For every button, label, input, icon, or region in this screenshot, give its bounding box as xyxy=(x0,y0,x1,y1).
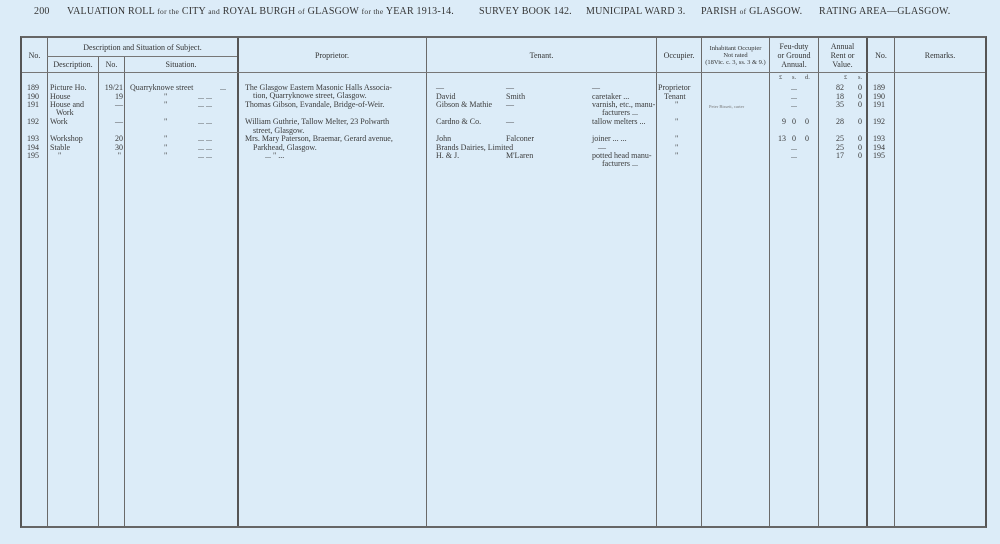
rating-area: RATING AREA—GLASGOW. xyxy=(819,6,950,17)
divider xyxy=(426,38,427,526)
col-header-description: Description. xyxy=(48,57,98,72)
survey-book: SURVEY BOOK 142. xyxy=(479,6,572,17)
col-header-remarks: Remarks. xyxy=(895,38,985,72)
col-header-inhabitant: Inhabitant Occupier Not rated (18Vic. c.… xyxy=(702,38,769,72)
municipal-ward: MUNICIPAL WARD 3. xyxy=(586,6,685,17)
col-header-sub-no: No. xyxy=(99,57,124,72)
col-header-no: No. xyxy=(22,38,47,72)
valuation-table: No. Description and Situation of Subject… xyxy=(20,36,987,528)
divider xyxy=(98,57,99,526)
parish: PARISH of GLASGOW. xyxy=(701,6,802,17)
unit-pound: £ xyxy=(779,74,782,81)
unit-shilling: s. xyxy=(858,74,862,81)
divider xyxy=(894,38,895,526)
col-header-situation: Situation. xyxy=(125,57,237,72)
divider xyxy=(237,38,239,526)
divider xyxy=(124,57,125,526)
unit-shilling: s. xyxy=(792,74,796,81)
divider xyxy=(701,38,702,526)
divider xyxy=(818,38,819,526)
roll-title: VALUATION ROLL for the CITY and ROYAL BU… xyxy=(67,6,454,17)
page-header: 200 VALUATION ROLL for the CITY and ROYA… xyxy=(0,6,1000,24)
col-header-proprietor: Proprietor. xyxy=(238,38,426,72)
col-header-no-right: No. xyxy=(868,38,894,72)
col-header-tenant: Tenant. xyxy=(427,38,656,72)
col-header-description-group: Description and Situation of Subject. xyxy=(48,38,237,56)
divider xyxy=(656,38,657,526)
divider xyxy=(47,38,48,526)
unit-pence: d. xyxy=(805,74,810,81)
divider xyxy=(769,38,770,526)
col-header-annual-rent: Annual Rent or Value. xyxy=(819,38,866,72)
col-header-feu-duty: Feu-duty or Ground Annual. xyxy=(770,38,818,72)
divider xyxy=(866,38,868,526)
unit-pound: £ xyxy=(844,74,847,81)
header-bottom-line xyxy=(22,72,985,73)
page-number: 200 xyxy=(34,6,50,17)
col-header-occupier: Occupier. xyxy=(657,38,701,72)
inhabitant-occupier-note: Peter Bissett, carter xyxy=(709,103,744,112)
